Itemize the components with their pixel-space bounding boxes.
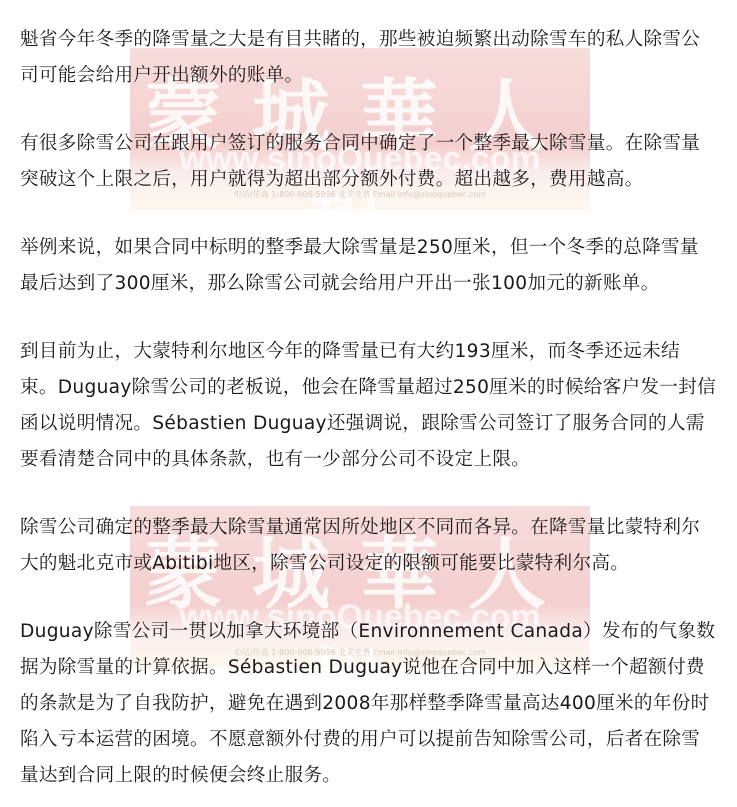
paragraph-5: 除雪公司确定的整季最大除雪量通常因所处地区不同而各异。在降雪量比蒙特利尔大的魁北… [20,510,717,582]
paragraph-1: 魁省今年冬季的降雪量之大是有目共睹的，那些被迫频繁出动除雪车的私人除雪公司可能会… [20,22,717,94]
article-body: 魁省今年冬季的降雪量之大是有目共睹的，那些被迫频繁出动除雪车的私人除雪公司可能会… [0,0,737,794]
paragraph-6: Duguay除雪公司一贯以加拿大环境部（Environnement Canada… [20,614,717,794]
paragraph-4: 到目前为止，大蒙特利尔地区今年的降雪量已有大约193厘米，而冬季还远未结束。Du… [20,334,717,478]
paragraph-2: 有很多除雪公司在跟用户签订的服务合同中确定了一个整季最大除雪量。在除雪量突破这个… [20,126,717,198]
paragraph-3: 举例来说，如果合同中标明的整季最大除雪量是250厘米，但一个冬季的总降雪量最后达… [20,230,717,302]
